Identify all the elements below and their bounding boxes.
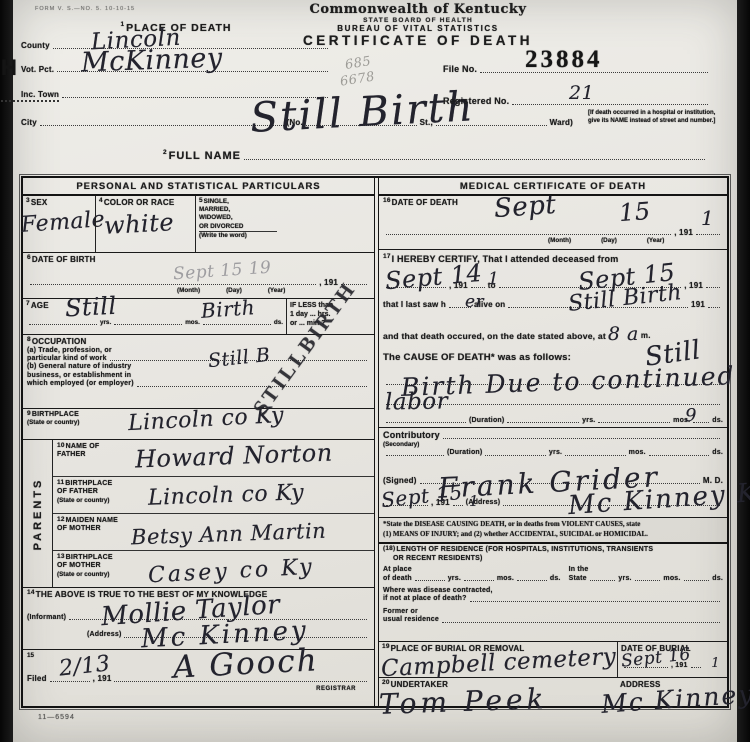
mother-bp-l1: BIRTHPLACE [66, 554, 113, 561]
field-number: 16 [383, 197, 391, 204]
duration-ds-label: ds. [712, 417, 723, 425]
dob-month-label: (Month) [177, 287, 200, 295]
father-birthplace-row: 11BIRTHPLACE OF FATHER (State or country… [53, 477, 374, 514]
file-no-label: File No. [443, 64, 477, 75]
res-a-ds: ds. [550, 575, 561, 583]
sex-label: SEX [31, 198, 48, 207]
contributory-label: Contributory [383, 430, 440, 441]
personal-column: PERSONAL AND STATISTICAL PARTICULARS 3SE… [23, 178, 374, 706]
registrar-signature: A Gooch [172, 642, 319, 686]
contrib-ds-line [649, 454, 709, 456]
certificate-paper: H FORM V. S.—NO. 5. 10-10-15 Commonwealt… [13, 0, 737, 742]
form-bottom-code: 11—6594 [38, 714, 75, 721]
father-birthplace-value: Lincoln co Ky [148, 480, 305, 510]
full-name-label: 2FULL NAME [163, 150, 241, 162]
cause-line2-value: Birth Due to continued [401, 361, 736, 402]
date-of-death-row: 16DATE OF DEATH Sept 15 1 , 191 (Month) … [379, 196, 727, 250]
marital-sub: (Write the word) [199, 231, 277, 240]
father-bp-l1: BIRTHPLACE [65, 480, 112, 487]
medical-column: MEDICAL CERTIFICATE OF DEATH 16DATE OF D… [379, 178, 727, 706]
dob-day-label: (Day) [226, 287, 242, 295]
former-l1: Former or [383, 608, 723, 616]
sex-race-marital-row: 3SEX Female 4COLOR OR RACE white 5SINGLE… [23, 196, 374, 253]
burial-place-cell: 19PLACE OF BURIAL OR REMOVAL Campbell ce… [379, 642, 617, 677]
duration-ds-value: 9 [685, 405, 697, 426]
undertaker-address-cell: ADDRESS Mc Kinney Ky [617, 678, 727, 706]
field-number: 12 [57, 516, 65, 523]
inc-town-label: Inc. Town [21, 90, 59, 100]
res-a-yrs: yrs. [448, 575, 461, 583]
personal-column-header: PERSONAL AND STATISTICAL PARTICULARS [23, 178, 374, 196]
field-number: 10 [57, 442, 65, 449]
contrib-mos: mos. [629, 449, 646, 457]
sex-cell: 3SEX Female [23, 196, 95, 252]
age-mos-line [114, 323, 182, 325]
undertaker-cell: 20UNDERTAKER Tom Peek [379, 678, 617, 706]
edge-artifact-letter: H [1, 55, 17, 81]
dod-year-label: (Year) [647, 237, 665, 245]
age-value-2: Birth [200, 295, 256, 323]
signed-year-hw: 1 [469, 492, 479, 510]
registered-no-value: 21 [569, 82, 594, 104]
date-of-death-label: DATE OF DEATH [392, 198, 458, 207]
filed-date-value: 2/13 [58, 651, 112, 681]
age-mos-label: mos. [185, 319, 200, 327]
voting-precinct-label: Vot. Pct. [21, 65, 54, 75]
signed-row: (Signed) M. D. Frank Grider , 191 (Addre… [379, 462, 727, 518]
father-name-row: 10NAME OF FATHER Howard Norton [53, 440, 374, 477]
alive-year-line [708, 306, 720, 308]
undertaker-row: 20UNDERTAKER Tom Peek ADDRESS Mc Kinney … [379, 678, 727, 706]
duration-lead-line [386, 421, 466, 423]
scan-edge-right [737, 0, 750, 742]
contrib-mos-line [565, 454, 625, 456]
field-number: 20 [382, 679, 390, 686]
form-code: FORM V. S.—NO. 5. 10-10-15 [35, 6, 135, 12]
contributory-row: Contributory (Secondary) (Duration) yrs.… [379, 428, 727, 462]
undertaker-signature: Tom Peek [378, 682, 548, 721]
residence-in1: In the [569, 566, 723, 574]
sex-value: Female [20, 207, 106, 238]
informant-label: (Informant) [27, 614, 66, 622]
residence-row: (18)LENGTH OF RESIDENCE (FOR HOSPITALS, … [379, 544, 727, 642]
full-name-text: FULL NAME [169, 150, 241, 162]
burial-date-cell: DATE OF BURIAL , 191 Sept 16 1 [617, 642, 727, 677]
res-s-mos-line [635, 579, 661, 581]
registered-no-label: Registered No. [443, 96, 509, 107]
full-name-row: 2FULL NAME [163, 150, 708, 162]
death-time-value: 8 a [608, 323, 639, 345]
city-line [40, 124, 284, 126]
place-of-death-block: 1PLACE OF DEATH County Lincoln Vot. Pct.… [21, 22, 331, 100]
race-cell: 4COLOR OR RACE white [95, 196, 195, 252]
race-value: white [103, 208, 174, 240]
dod-day-value: 15 [618, 197, 651, 227]
footnote-row: *State the DISEASE CAUSING DEATH, or in … [379, 518, 727, 544]
field-number: 11 [57, 479, 64, 486]
age-value-1: Still [64, 292, 117, 323]
field-number: 4 [99, 197, 103, 204]
saw-hw-value: er [465, 292, 484, 312]
dob-year-label: (Year) [268, 287, 286, 295]
footnote-line1: *State the DISEASE CAUSING DEATH, or in … [383, 520, 723, 530]
field-number: 2 [163, 149, 168, 156]
marital-l3: WIDOWED, [199, 214, 371, 222]
residence-at1: At place [383, 566, 561, 574]
birthplace-label: BIRTHPLACE [32, 411, 79, 418]
certify-line1: I HEREBY CERTIFY, That I attended deceas… [392, 254, 619, 264]
scan-edge-left [0, 0, 13, 742]
res-s-ds-line [684, 579, 710, 581]
res-a-ds-line [517, 579, 547, 581]
footnote-line2: (1) MEANS OF INJURY; and (2) whether ACC… [383, 530, 723, 540]
parents-block: PARENTS 10NAME OF FATHER Howard Norton 1… [23, 440, 374, 588]
duration-mos-line [598, 421, 670, 423]
occupation-b-line [137, 385, 367, 387]
contrib-ds: ds. [712, 449, 723, 457]
residence-label2: OR RECENT RESIDENTS) [393, 555, 723, 563]
burial-date-year-line [691, 666, 701, 668]
ward-label: Ward) [550, 118, 573, 128]
parents-side-label: PARENTS [23, 440, 53, 587]
occupation-b3: which employed (or employer) [27, 380, 134, 388]
field-number: 13 [57, 553, 65, 560]
residence-in2: State [569, 575, 587, 583]
burial-row: 19PLACE OF BURIAL OR REMOVAL Campbell ce… [379, 642, 727, 678]
attended-from-year-hw: 1 [488, 269, 499, 289]
age-ds-line [203, 323, 271, 325]
former-l2: usual residence [383, 616, 439, 624]
saw-label: that I last saw h [383, 300, 446, 310]
father-name-l1: NAME OF [66, 443, 100, 450]
edge-artifact-line [1, 100, 59, 102]
certify-to-year: , 191 [684, 281, 703, 291]
informant-row: 14THE ABOVE IS TRUE TO THE BEST OF MY KN… [23, 588, 374, 650]
field-number: 3 [26, 197, 30, 204]
mother-birthplace-row: 13BIRTHPLACE OF MOTHER (State or country… [53, 551, 374, 587]
dod-month-label: (Month) [548, 237, 571, 245]
res-s-yrs: yrs. [618, 575, 631, 583]
duration-label: (Duration) [469, 417, 504, 425]
field-number: (18) [383, 545, 395, 552]
field-number: 5 [199, 197, 203, 204]
dod-day-label: (Day) [601, 237, 617, 245]
marital-l4: OR DIVORCED [199, 223, 371, 231]
age-yrs-line [29, 323, 97, 325]
dod-line [386, 233, 671, 235]
res-a-yrs-line [415, 579, 445, 581]
full-name-value: Still Birth [249, 82, 476, 142]
dod-month-value: Sept [493, 190, 557, 224]
age-cell: 7AGE Still Birth yrs. mos. ds. [23, 299, 286, 334]
death-certificate-scan: H FORM V. S.—NO. 5. 10-10-15 Commonwealt… [0, 0, 750, 742]
res-a-mos-line [464, 579, 494, 581]
dod-year-value: 1 [701, 206, 714, 230]
cause-line3-value: labor [385, 388, 449, 415]
death-m-label: m. [641, 331, 651, 341]
contrib-duration-label: (Duration) [447, 449, 482, 457]
res-s-ds: ds. [712, 575, 723, 583]
informant-address-label: (Address) [87, 631, 121, 639]
duration-yrs: yrs. [582, 417, 595, 425]
main-table: PERSONAL AND STATISTICAL PARTICULARS 3SE… [21, 176, 729, 708]
field-number: 14 [27, 589, 35, 596]
dod-year-line [696, 233, 720, 235]
dob-row: 6DATE OF BIRTH Sept 15 19 , 191 (Month) … [23, 253, 374, 299]
dod-year-prefix: , 191 [674, 228, 693, 238]
contributory-line [443, 437, 720, 439]
father-name-value: Howard Norton [135, 439, 334, 474]
certify-block: 17I HEREBY CERTIFY, That I attended dece… [379, 250, 727, 428]
contracted-l2: if not at place of death? [383, 595, 467, 603]
occupation-b1: (b) General nature of industry [27, 363, 370, 371]
race-label: COLOR OR RACE [104, 198, 175, 207]
cause-of-death-label: The CAUSE OF DEATH* was as follows: [383, 352, 571, 363]
city-label: City [21, 118, 37, 128]
commonwealth-line: Commonwealth of Kentucky [183, 2, 653, 17]
occupation-b2: business, or establishment in [27, 372, 370, 380]
marital-l1: SINGLE, [204, 198, 229, 205]
duration-yrs-line [507, 421, 579, 423]
age-label: AGE [31, 301, 49, 310]
mother-name-l1: MAIDEN NAME [66, 517, 118, 524]
residence-at2: of death [383, 575, 412, 583]
res-s-mos: mos. [663, 575, 680, 583]
hospital-note: [If death occurred in a hospital or inst… [588, 110, 728, 126]
alive-year: 191 [691, 300, 705, 310]
mother-name-row: 12MAIDEN NAME OF MOTHER Betsy Ann Martin [53, 514, 374, 551]
res-s-yrs-line [590, 579, 616, 581]
field-number: 17 [383, 253, 391, 260]
occupation-label: OCCUPATION [32, 337, 87, 346]
residence-label1: LENGTH OF RESIDENCE (FOR HOSPITALS, INST… [396, 546, 653, 553]
former-line [442, 621, 720, 623]
field-number: 19 [382, 643, 390, 650]
contracted-line [470, 600, 720, 602]
filed-row: 15 Filed , 191 2/13 A Gooch REGISTRAR [23, 650, 374, 706]
parents-label-text: PARENTS [32, 477, 44, 550]
registrar-label: REGISTRAR [27, 686, 356, 692]
dob-label: DATE OF BIRTH [32, 255, 96, 264]
filed-label: Filed [27, 674, 47, 684]
burial-date-year-hw: 1 [711, 656, 720, 671]
death-occurred-label: and that death occured, on the date stat… [383, 331, 606, 341]
contrib-yrs-line [485, 454, 545, 456]
contrib-yrs: yrs. [549, 449, 562, 457]
birthplace-row: 9BIRTHPLACE (State or country) Lincoln c… [23, 409, 374, 440]
file-no-value: 23884 [525, 46, 603, 74]
res-a-mos: mos. [497, 575, 514, 583]
contrib-lead-line [386, 454, 444, 456]
voting-precinct-value: McKinney [81, 42, 224, 78]
registered-no-line [512, 103, 708, 105]
certify-to-year-line [706, 286, 720, 288]
age-ds-label: ds. [274, 319, 283, 327]
field-number: 7 [26, 300, 30, 307]
field-number: 9 [27, 410, 31, 417]
field-number: 6 [27, 254, 31, 261]
marital-cell: 5SINGLE, MARRIED, WIDOWED, OR DIVORCED (… [195, 196, 374, 252]
county-label: County [21, 41, 50, 51]
full-name-line [244, 158, 705, 160]
field-number: 8 [27, 336, 31, 343]
